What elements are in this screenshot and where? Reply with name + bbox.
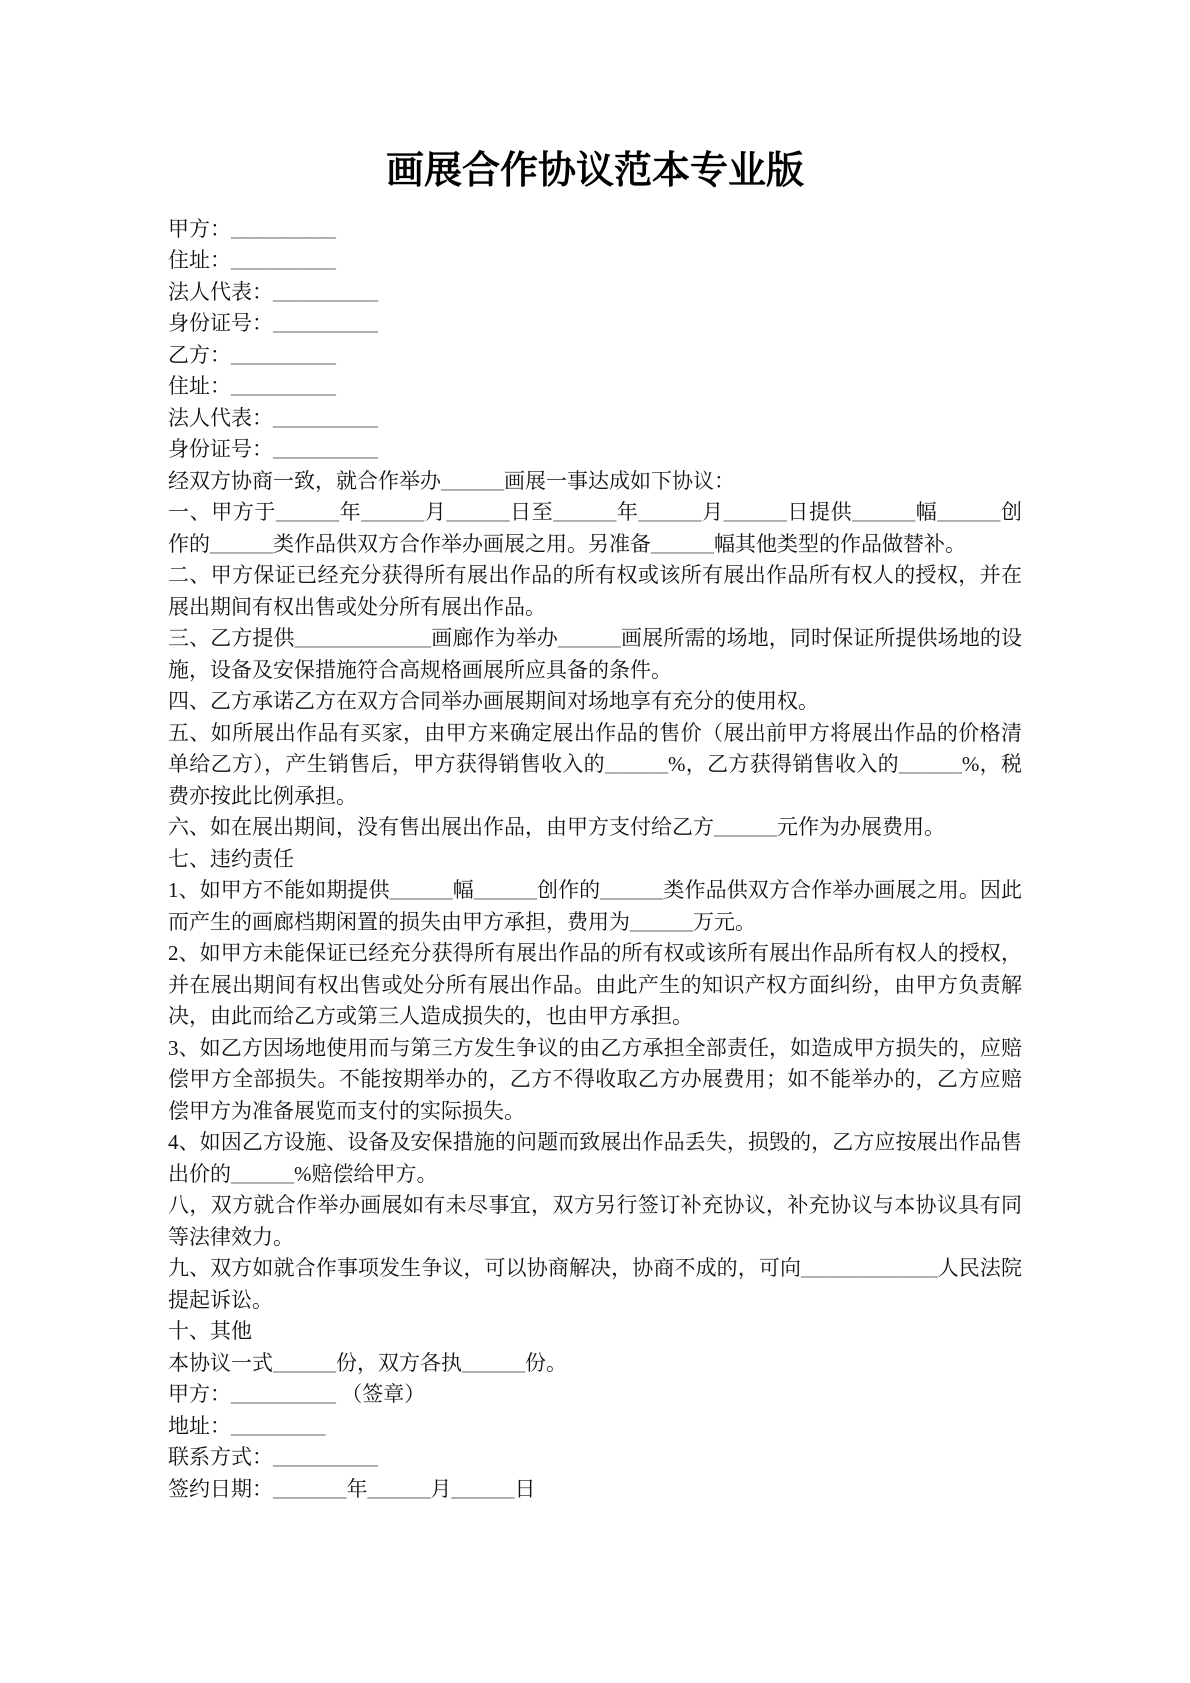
paragraph: 一、甲方于______年______月______日至______年______… <box>168 497 1022 560</box>
paragraph: 三、乙方提供_____________画廊作为举办______画展所需的场地，同… <box>168 623 1022 686</box>
blank-field: __________ <box>273 406 378 430</box>
blank-field: __________ <box>231 248 336 272</box>
paragraph: 4、如因乙方设施、设备及安保措施的问题而致展出作品丢失，损毁的，乙方应按展出作品… <box>168 1127 1022 1190</box>
document-body: 甲方：__________住址：__________法人代表：_________… <box>168 214 1022 1506</box>
paragraph: 2、如甲方未能保证已经充分获得所有展出作品的所有权或该所有展出作品所有权人的授权… <box>168 938 1022 1033</box>
paragraph: 甲方：__________ <box>168 214 1022 246</box>
paragraph: 地址：_________ <box>168 1411 1022 1443</box>
blank-field: __________ <box>273 437 378 461</box>
paragraph: 身份证号：__________ <box>168 308 1022 340</box>
blank-field: ______ <box>446 500 509 524</box>
paragraph: 签约日期：_______年______月______日 <box>168 1474 1022 1506</box>
blank-field: ______ <box>724 500 787 524</box>
blank-field: __________ <box>273 1445 378 1469</box>
paragraph: 二、甲方保证已经充分获得所有展出作品的所有权或该所有展出作品所有权人的授权，并在… <box>168 560 1022 623</box>
blank-field: ______ <box>558 626 621 650</box>
blank-field: ______ <box>462 1351 525 1375</box>
paragraph: 五、如所展出作品有买家，由甲方来确定展出作品的售价（展出前甲方将展出作品的价格清… <box>168 718 1022 813</box>
blank-field: ______ <box>651 532 714 556</box>
blank-field: __________ <box>273 311 378 335</box>
paragraph: 乙方：__________ <box>168 340 1022 372</box>
blank-field: __________ <box>231 343 336 367</box>
blank-field: __________ <box>231 374 336 398</box>
paragraph: 1、如甲方不能如期提供______幅______创作的______类作品供双方合… <box>168 875 1022 938</box>
blank-field: ______ <box>553 500 616 524</box>
blank-field: ______ <box>441 469 504 493</box>
paragraph: 3、如乙方因场地使用而与第三方发生争议的由乙方承担全部责任，如造成甲方损失的，应… <box>168 1033 1022 1128</box>
blank-field: ______ <box>361 500 424 524</box>
paragraph: 六、如在展出期间，没有售出展出作品，由甲方支付给乙方______元作为办展费用。 <box>168 812 1022 844</box>
paragraph: 九、双方如就合作事项发生争议，可以协商解决，协商不成的，可向__________… <box>168 1253 1022 1316</box>
paragraph: 身份证号：__________ <box>168 434 1022 466</box>
blank-field: ______ <box>368 1477 431 1501</box>
paragraph: 十、其他 <box>168 1316 1022 1348</box>
paragraph: 本协议一式______份，双方各执______份。 <box>168 1348 1022 1380</box>
blank-field: ______ <box>452 1477 515 1501</box>
blank-field: ______ <box>390 878 453 902</box>
blank-field: _____________ <box>801 1256 938 1280</box>
paragraph: 七、违约责任 <box>168 844 1022 876</box>
blank-field: _____________ <box>295 626 432 650</box>
document-page: 画展合作协议范本专业版 甲方：__________住址：__________法人… <box>0 0 1190 1683</box>
paragraph: 经双方协商一致，就合作举办______画展一事达成如下协议： <box>168 466 1022 498</box>
blank-field: ______ <box>474 878 537 902</box>
blank-field: ______ <box>639 500 702 524</box>
paragraph: 住址：__________ <box>168 245 1022 277</box>
blank-field: ______ <box>714 815 777 839</box>
blank-field: ______ <box>210 532 273 556</box>
blank-field: ______ <box>600 878 663 902</box>
blank-field: __________ <box>231 217 336 241</box>
blank-field: ______ <box>899 752 962 776</box>
blank-field: __________ <box>231 1382 336 1406</box>
blank-field: ______ <box>630 910 693 934</box>
paragraph: 住址：__________ <box>168 371 1022 403</box>
blank-field: ______ <box>937 500 1000 524</box>
page-title: 画展合作协议范本专业版 <box>168 148 1022 196</box>
blank-field: __________ <box>273 280 378 304</box>
blank-field: ______ <box>231 1162 294 1186</box>
paragraph: 联系方式：__________ <box>168 1442 1022 1474</box>
blank-field: ______ <box>276 500 339 524</box>
paragraph: 甲方：__________ （签章） <box>168 1379 1022 1411</box>
blank-field: _______ <box>273 1477 347 1501</box>
blank-field: ______ <box>273 1351 336 1375</box>
paragraph: 法人代表：__________ <box>168 277 1022 309</box>
paragraph: 四、乙方承诺乙方在双方合同举办画展期间对场地享有充分的使用权。 <box>168 686 1022 718</box>
paragraph: 法人代表：__________ <box>168 403 1022 435</box>
blank-field: _________ <box>231 1414 326 1438</box>
blank-field: ______ <box>852 500 915 524</box>
paragraph: 八，双方就合作举办画展如有未尽事宜，双方另行签订补充协议，补充协议与本协议具有同… <box>168 1190 1022 1253</box>
blank-field: ______ <box>605 752 668 776</box>
